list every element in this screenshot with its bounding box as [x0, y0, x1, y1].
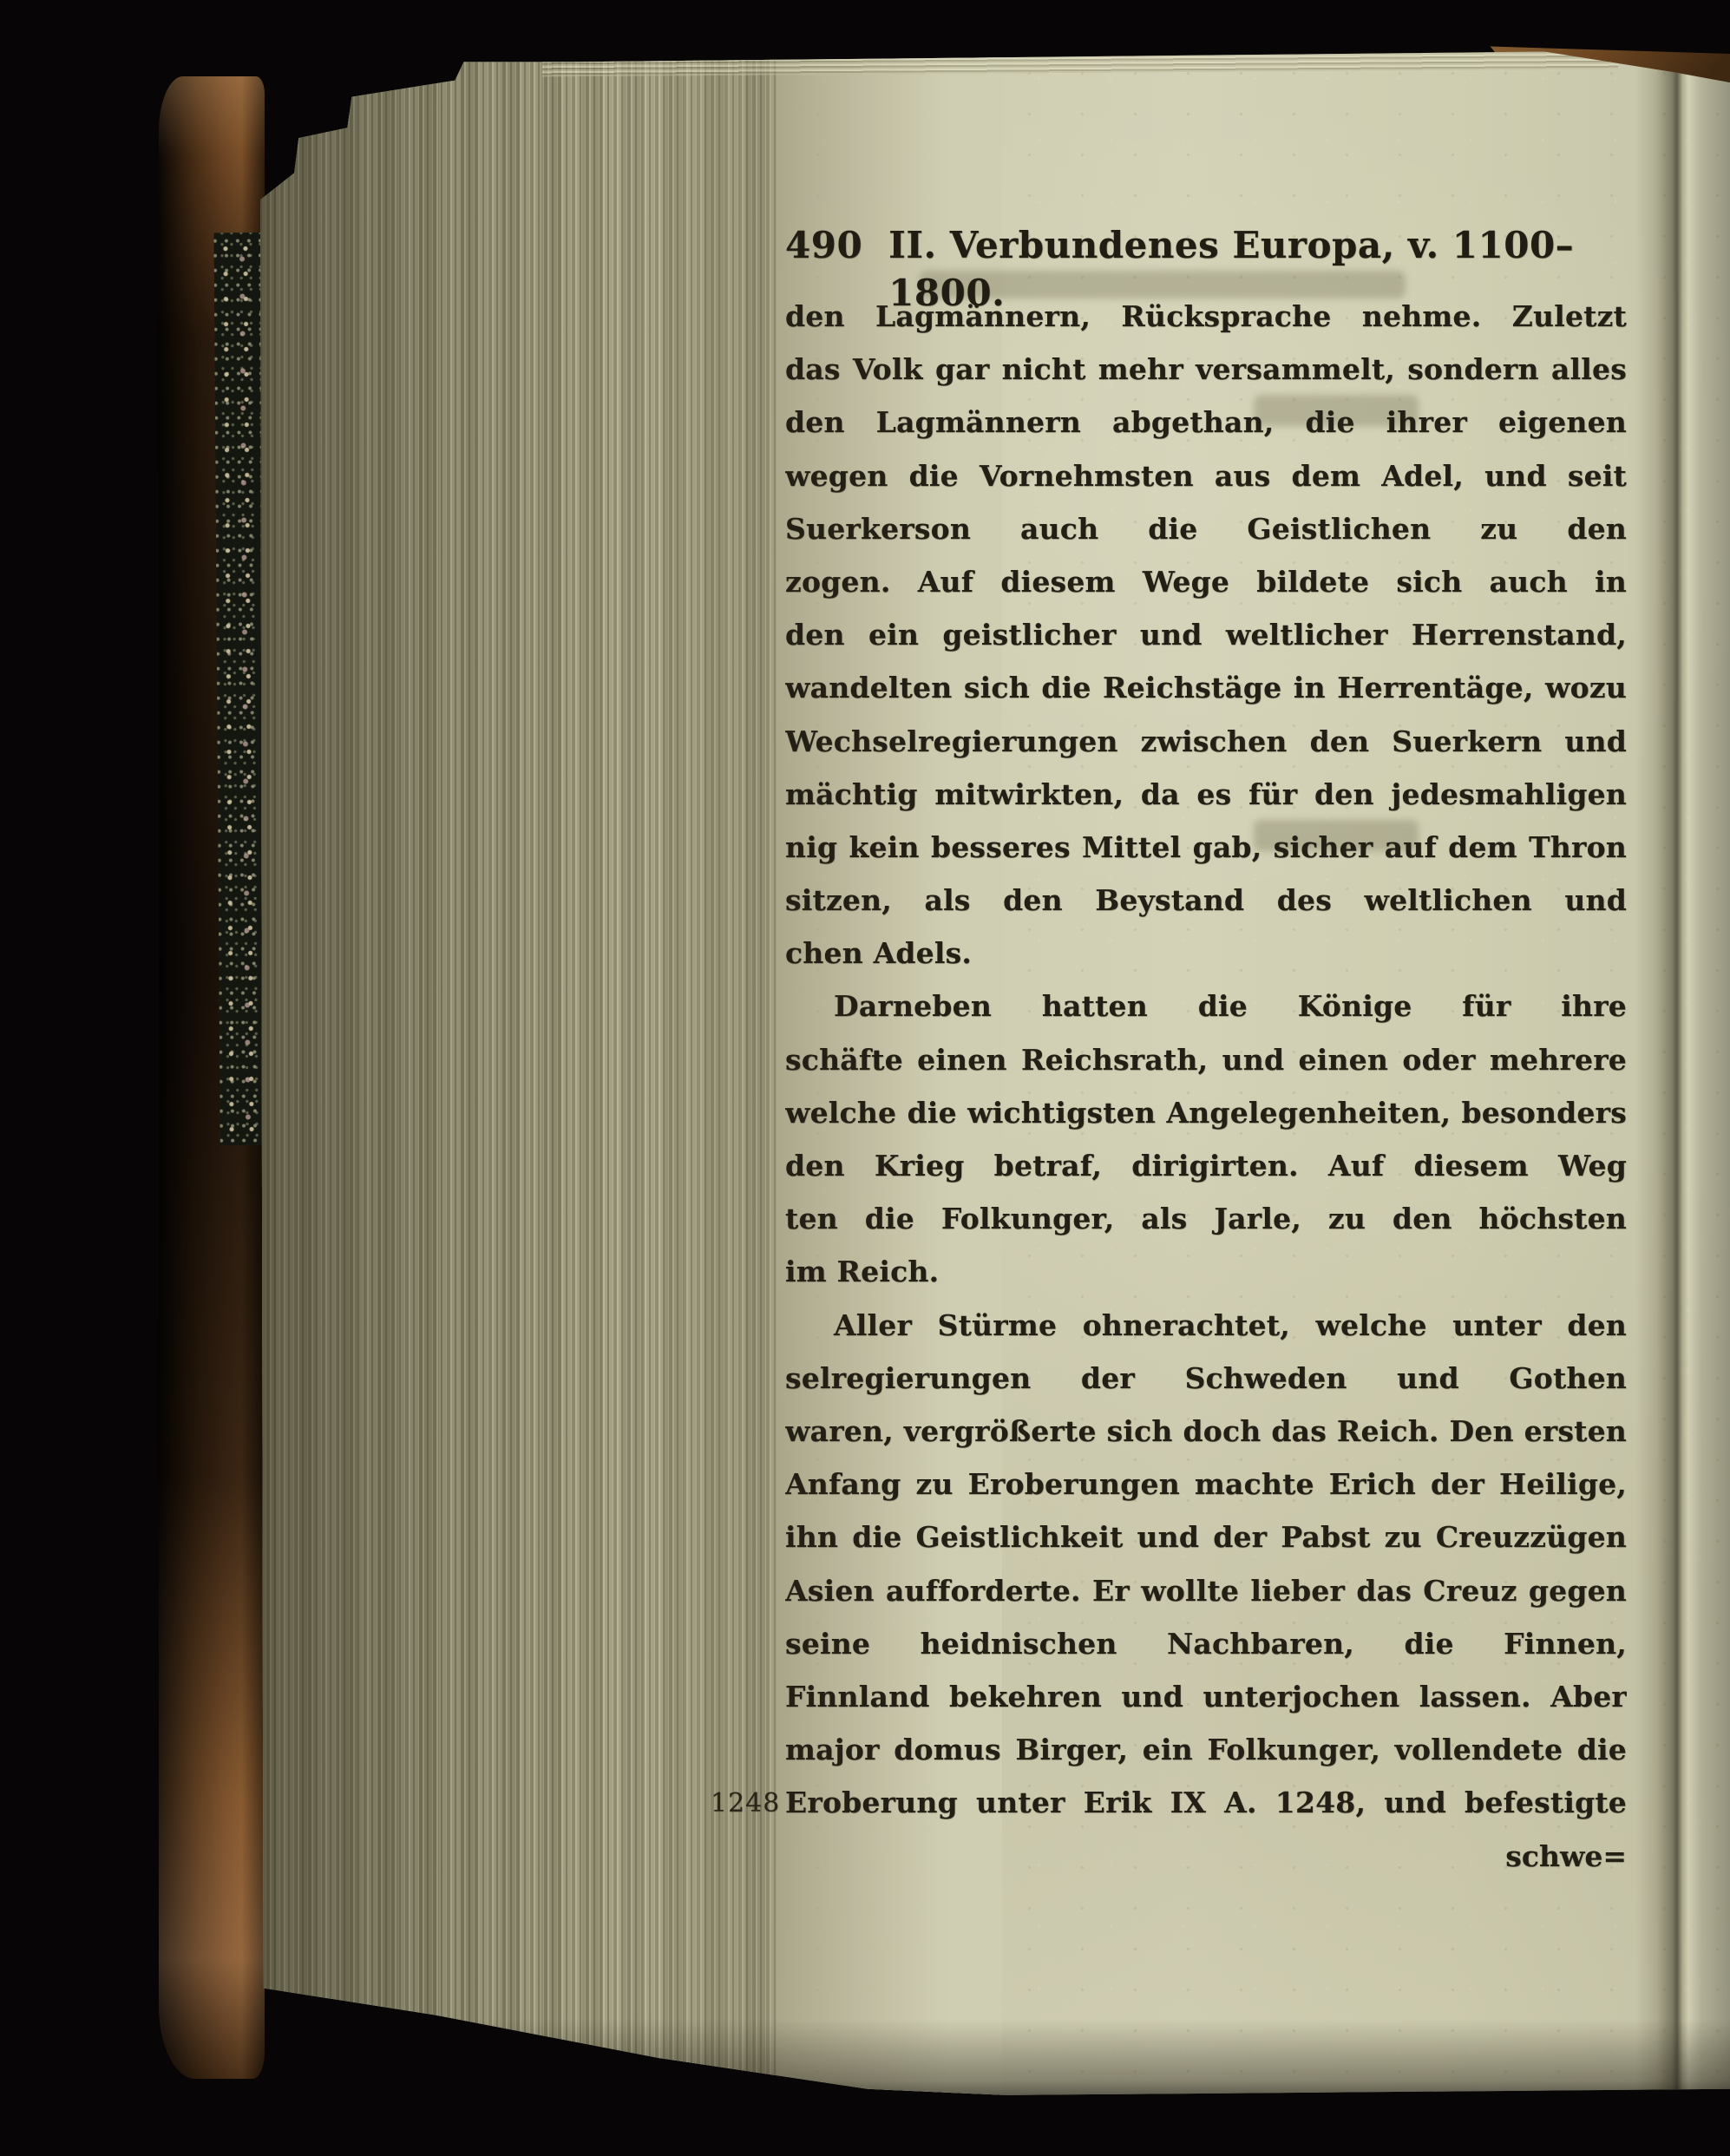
- text-line: major domus Birger, ein Folkunger, volle…: [785, 1723, 1627, 1776]
- text-line: wegen die Vornehmsten aus dem Adel, und …: [785, 449, 1627, 502]
- text-line: Suerkerson auch die Geistlichen zu den D…: [785, 502, 1627, 555]
- page-fold-crease: [1635, 43, 1730, 2101]
- text-line: welche die wichtigsten Angelegenheiten, …: [785, 1086, 1627, 1139]
- text-line: wandelten sich die Reichstäge in Herrent…: [785, 661, 1627, 714]
- text-line: zogen. Auf diesem Wege bildete sich auch…: [785, 555, 1627, 608]
- text-line: mächtig mitwirkten, da es für den jedesm…: [785, 768, 1627, 821]
- text-line: Anfang zu Eroberungen machte Erich der H…: [785, 1458, 1627, 1511]
- book-photo: 490 II. Verbundenes Europa, v. 1100–1800…: [0, 0, 1730, 2156]
- text-line: ihn die Geistlichkeit und der Pabst zu C…: [785, 1511, 1627, 1563]
- text-line: Aller Stürme ohnerachtet, welche unter d…: [785, 1299, 1627, 1352]
- text-line: selregierungen der Schweden und Gothen u…: [785, 1352, 1627, 1405]
- text-line: Asien aufforderte. Er wollte lieber das …: [785, 1564, 1627, 1617]
- text-line: waren, vergrößerte sich doch das Reich. …: [785, 1405, 1627, 1458]
- margin-note-year: 1248: [711, 1777, 780, 1830]
- text-line: chen Adels.: [785, 927, 1627, 980]
- text-line: im Reich.: [785, 1245, 1627, 1298]
- text-line: den ein geistlicher und weltlicher Herre…: [785, 608, 1627, 661]
- text-line: Eroberung unter Erik IX A. 1248, und bef…: [785, 1776, 1627, 1829]
- text-block: den Lagmännern, Rücksprache nehme. Zulet…: [785, 290, 1627, 1829]
- text-line: sitzen, als den Beystand des weltlichen …: [785, 874, 1627, 927]
- top-page-edges: [542, 43, 1618, 77]
- text-line: Darneben hatten die Könige für ihre Regi…: [785, 980, 1627, 1032]
- bottom-edge-shadow: [256, 2019, 1730, 2101]
- text-line: nig kein besseres Mittel gab, sicher auf…: [785, 821, 1627, 874]
- page-number: 490: [785, 221, 862, 269]
- text-line: Wechselregierungen zwischen den Suerkern…: [785, 715, 1627, 768]
- page-block: 490 II. Verbundenes Europa, v. 1100–1800…: [256, 43, 1730, 2101]
- catchword: schwe=: [785, 1830, 1627, 1883]
- text-line: den Krieg betraf, dirigirten. Auf diesem…: [785, 1139, 1627, 1192]
- text-line: ten die Folkunger, als Jarle, zu den höc…: [785, 1192, 1627, 1245]
- text-line: den Lagmännern abgethan, die ihrer eigen…: [785, 396, 1627, 449]
- text-line: Finnland bekehren und unterjochen lassen…: [785, 1670, 1627, 1723]
- text-line: seine heidnischen Nachbaren, die Finnen,…: [785, 1617, 1627, 1670]
- text-line: den Lagmännern, Rücksprache nehme. Zulet…: [785, 290, 1627, 343]
- text-line: das Volk gar nicht mehr versammelt, sond…: [785, 343, 1627, 396]
- text-line: schäfte einen Reichsrath, und einen oder…: [785, 1033, 1627, 1086]
